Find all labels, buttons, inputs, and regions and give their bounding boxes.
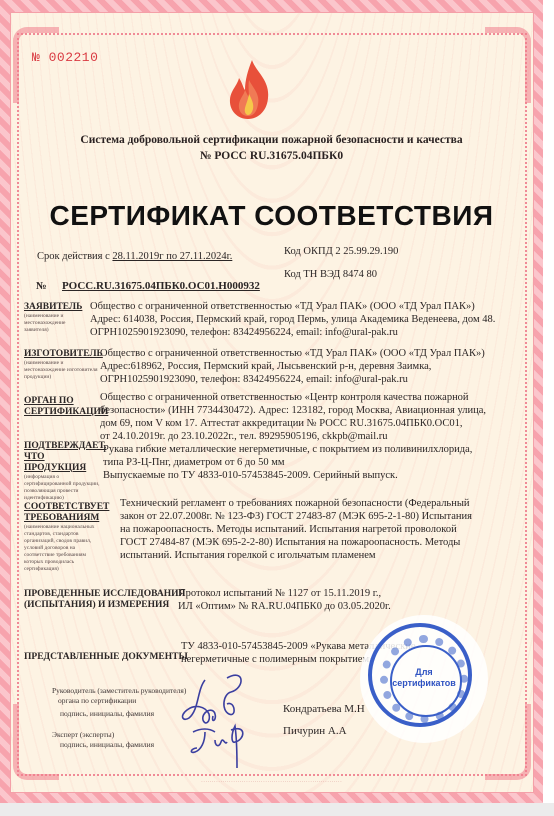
requirements-label-block: СООТВЕТСТВУЕТ ТРЕБОВАНИЯМ (наименование …: [24, 502, 106, 573]
manufacturer-label-block: ИЗГОТОВИТЕЛЬ (наименование и местонахожд…: [24, 349, 98, 381]
tests-details: Протокол испытаний № 1127 от 15.11.2019 …: [178, 587, 391, 613]
ornament-corner-icon: [485, 27, 531, 103]
flame-icon: [226, 58, 272, 120]
cert-body-label: ОРГАН ПО: [24, 396, 108, 407]
requirements-line: испытаний. Испытания горелкой с игольчат…: [120, 549, 472, 562]
official-stamp: Для сертификатов: [360, 615, 488, 743]
cert-number-prefix: №: [36, 280, 47, 293]
certificate: № 002210 Система добровольной сертификац…: [0, 0, 543, 803]
head-label-line: подпись, инициалы, фамилия: [52, 709, 186, 719]
product-line: типа РЗ-Ц-Пнг, диаметром от 6 до 50 мм: [103, 456, 472, 469]
expert-label-line: подпись, инициалы, фамилия: [52, 740, 154, 750]
documents-label: ПРЕДСТАВЛЕННЫЕ ДОКУМЕНТЫ: [24, 652, 188, 663]
requirements-label: ТРЕБОВАНИЯМ: [24, 513, 106, 524]
product-line: Рукава гибкие металлические негерметичны…: [103, 443, 472, 456]
expert-signature-label: Эксперт (эксперты) подпись, инициалы, фа…: [52, 730, 154, 750]
product-label: ЧТО ПРОДУКЦИЯ: [24, 452, 102, 474]
viewer-bottom-band: [0, 803, 554, 816]
tests-label-block: ПРОВЕДЕННЫЕ ИССЛЕДОВАНИЯ (ИСПЫТАНИЯ) И И…: [24, 589, 185, 611]
head-label-line: органа по сертификации: [52, 696, 186, 706]
applicant-sublabel: (наименование и местонахождение заявител…: [24, 313, 86, 334]
okpd-code: Код ОКПД 2 25.99.29.190: [284, 245, 398, 258]
tests-label: ПРОВЕДЕННЫЕ ИССЛЕДОВАНИЯ: [24, 589, 185, 600]
applicant-details: Общество с ограниченной ответственностью…: [90, 300, 495, 339]
ornament-corner-icon: [485, 704, 531, 780]
head-signature-label: Руководитель (заместитель руководителя) …: [52, 686, 186, 719]
product-line: Выпускаемые по ТУ 4833-010-57453845-2009…: [103, 469, 472, 482]
certification-system-number: № РОСС RU.31675.04ПБК0: [0, 150, 543, 162]
product-label-block: ПОДТВЕРЖДАЕТ, ЧТО ПРОДУКЦИЯ (информация …: [24, 441, 102, 502]
ornament-corner-icon: [13, 27, 59, 103]
manufacturer-line: Адрес:618962, Россия, Пермский край, Лыс…: [100, 360, 485, 373]
requirements-line: ГОСТ 27484-87 (МЭК 695-2-2-80) Испытания…: [120, 536, 472, 549]
stamp-text-line: сертификатов: [360, 678, 488, 689]
tests-label: (ИСПЫТАНИЯ) И ИЗМЕРЕНИЯ: [24, 600, 185, 611]
head-label-line: Руководитель (заместитель руководителя): [52, 686, 186, 696]
serial-number: № 002210: [32, 50, 98, 65]
validity-label: Срок действия с: [37, 251, 112, 262]
requirements-line: Технический регламент о требованиях пожа…: [120, 497, 472, 510]
cert-body-line: безопасности» (ИНН 7734430472). Адрес: 1…: [100, 404, 486, 417]
head-name: Кондратьева М.Н: [283, 703, 365, 716]
applicant-line: Адрес: 614038, Россия, Пермский край, го…: [90, 313, 495, 326]
cert-body-line: Общество с ограниченной ответственностью…: [100, 391, 486, 404]
tests-line: Протокол испытаний № 1127 от 15.11.2019 …: [178, 587, 391, 600]
manufacturer-sublabel: (наименование и местонахождение изготови…: [24, 360, 98, 381]
tests-line: ИЛ «Оптим» № RA.RU.04ПБК0 до 03.05.2020г…: [178, 600, 391, 613]
product-details: Рукава гибкие металлические негерметичны…: [103, 443, 472, 482]
printer-imprint: · · · · · · · · · · · · · · · · · · · · …: [40, 780, 503, 784]
requirements-label: СООТВЕТСТВУЕТ: [24, 502, 106, 513]
product-label: ПОДТВЕРЖДАЕТ,: [24, 441, 102, 452]
validity: Срок действия с 28.11.2019г по 27.11.202…: [37, 250, 232, 263]
cert-body-label: СЕРТИФИКАЦИИ: [24, 407, 108, 418]
manufacturer-line: Общество с ограниченной ответственностью…: [100, 347, 485, 360]
product-sublabel: (информация о сертифицированной продукци…: [24, 474, 102, 502]
applicant-label-block: ЗАЯВИТЕЛЬ (наименование и местонахождени…: [24, 302, 86, 334]
validity-period: 28.11.2019г по 27.11.2024г.: [112, 251, 232, 262]
manufacturer-label: ИЗГОТОВИТЕЛЬ: [24, 349, 98, 360]
applicant-line: ОГРН1025901923090, телефон: 83424956224,…: [90, 326, 495, 339]
manufacturer-line: ОГРН1025901923090, телефон: 83424956224,…: [100, 373, 485, 386]
cert-body-line: от 24.10.2019г. до 23.10.2022г., тел. 89…: [100, 430, 486, 443]
manufacturer-details: Общество с ограниченной ответственностью…: [100, 347, 485, 386]
requirements-sublabel: (наименование национальных стандартов, с…: [24, 524, 106, 573]
requirements-details: Технический регламент о требованиях пожа…: [120, 497, 472, 562]
applicant-line: Общество с ограниченной ответственностью…: [90, 300, 495, 313]
cert-body-details: Общество с ограниченной ответственностью…: [100, 391, 486, 443]
cert-body-label-block: ОРГАН ПО СЕРТИФИКАЦИИ: [24, 396, 108, 418]
handwritten-signature-icon: [175, 670, 265, 770]
requirements-line: на пожароопасность. Методы испытаний. Ис…: [120, 523, 472, 536]
cert-body-line: дом 69, пом V ком 17. Аттестат аккредита…: [100, 417, 486, 430]
stamp-text: Для сертификатов: [360, 667, 488, 689]
requirements-line: закон от 22.07.2008г. № 123-ФЗ) ГОСТ 274…: [120, 510, 472, 523]
expert-name: Пичурин А.А: [283, 725, 347, 738]
certification-system-title: Система добровольной сертификации пожарн…: [0, 134, 543, 146]
document-title: СЕРТИФИКАТ СООТВЕТСТВИЯ: [0, 200, 543, 232]
cert-number: РОСС.RU.31675.04ПБК0.ОС01.Н000932: [62, 280, 260, 293]
applicant-label: ЗАЯВИТЕЛЬ: [24, 302, 86, 313]
expert-label-line: Эксперт (эксперты): [52, 730, 154, 740]
tn-ved-code: Код ТН ВЭД 8474 80: [284, 268, 377, 281]
stamp-text-line: Для: [360, 667, 488, 678]
